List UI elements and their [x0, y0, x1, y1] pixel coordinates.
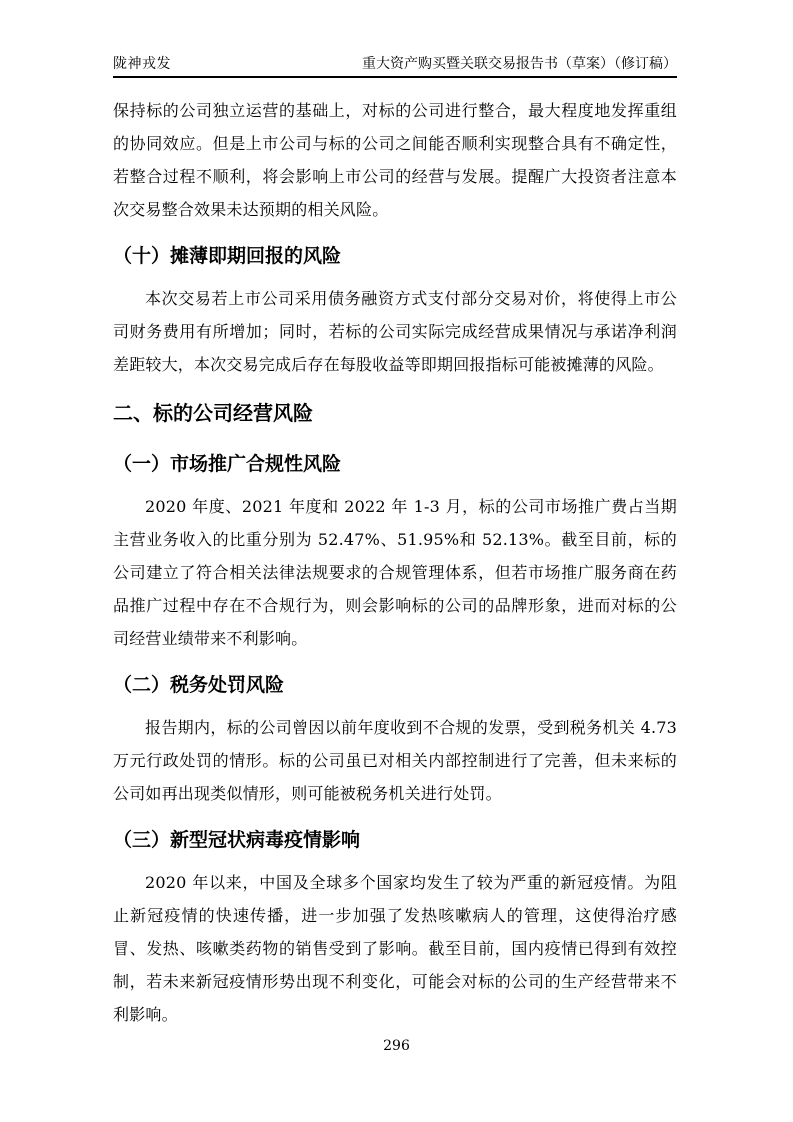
document-page: 陇神戎发 重大资产购买暨关联交易报告书（草案）（修订稿） 保持标的公司独立运营的… — [0, 0, 793, 1122]
header-company-name: 陇神戎发 — [113, 54, 171, 74]
document-body: 保持标的公司独立运营的基础上，对标的公司进行整合，最大程度地发挥重组的协同效应。… — [113, 94, 677, 1031]
heading-chapter-2-operating-risk: 二、标的公司经营风险 — [113, 399, 677, 427]
page-footer: 296 — [0, 1036, 793, 1056]
paragraph-dilution-risk: 本次交易若上市公司采用债务融资方式支付部分交易对价，将使得上市公司财务费用有所增… — [113, 282, 677, 381]
paragraph-tax-penalty-risk: 报告期内，标的公司曾因以前年度收到不合规的发票，受到税务机关 4.73 万元行政… — [113, 711, 677, 810]
heading-section-10-dilution-risk: （十）摊薄即期回报的风险 — [113, 243, 677, 269]
paragraph-marketing-compliance-risk: 2020 年度、2021 年度和 2022 年 1-3 月，标的公司市场推广费占… — [113, 490, 677, 655]
heading-sub-1-marketing-compliance-risk: （一）市场推广合规性风险 — [113, 451, 677, 477]
paragraph-covid-impact: 2020 年以来，中国及全球多个国家均发生了较为严重的新冠疫情。为阻止新冠疫情的… — [113, 866, 677, 1031]
paragraph-integration-risk-continuation: 保持标的公司独立运营的基础上，对标的公司进行整合，最大程度地发挥重组的协同效应。… — [113, 94, 677, 226]
page-header: 陇神戎发 重大资产购买暨关联交易报告书（草案）（修订稿） — [113, 54, 677, 78]
heading-sub-2-tax-penalty-risk: （二）税务处罚风险 — [113, 672, 677, 698]
header-report-title: 重大资产购买暨关联交易报告书（草案）（修订稿） — [362, 54, 677, 74]
page-number: 296 — [383, 1038, 410, 1054]
heading-sub-3-covid-impact: （三）新型冠状病毒疫情影响 — [113, 827, 677, 853]
